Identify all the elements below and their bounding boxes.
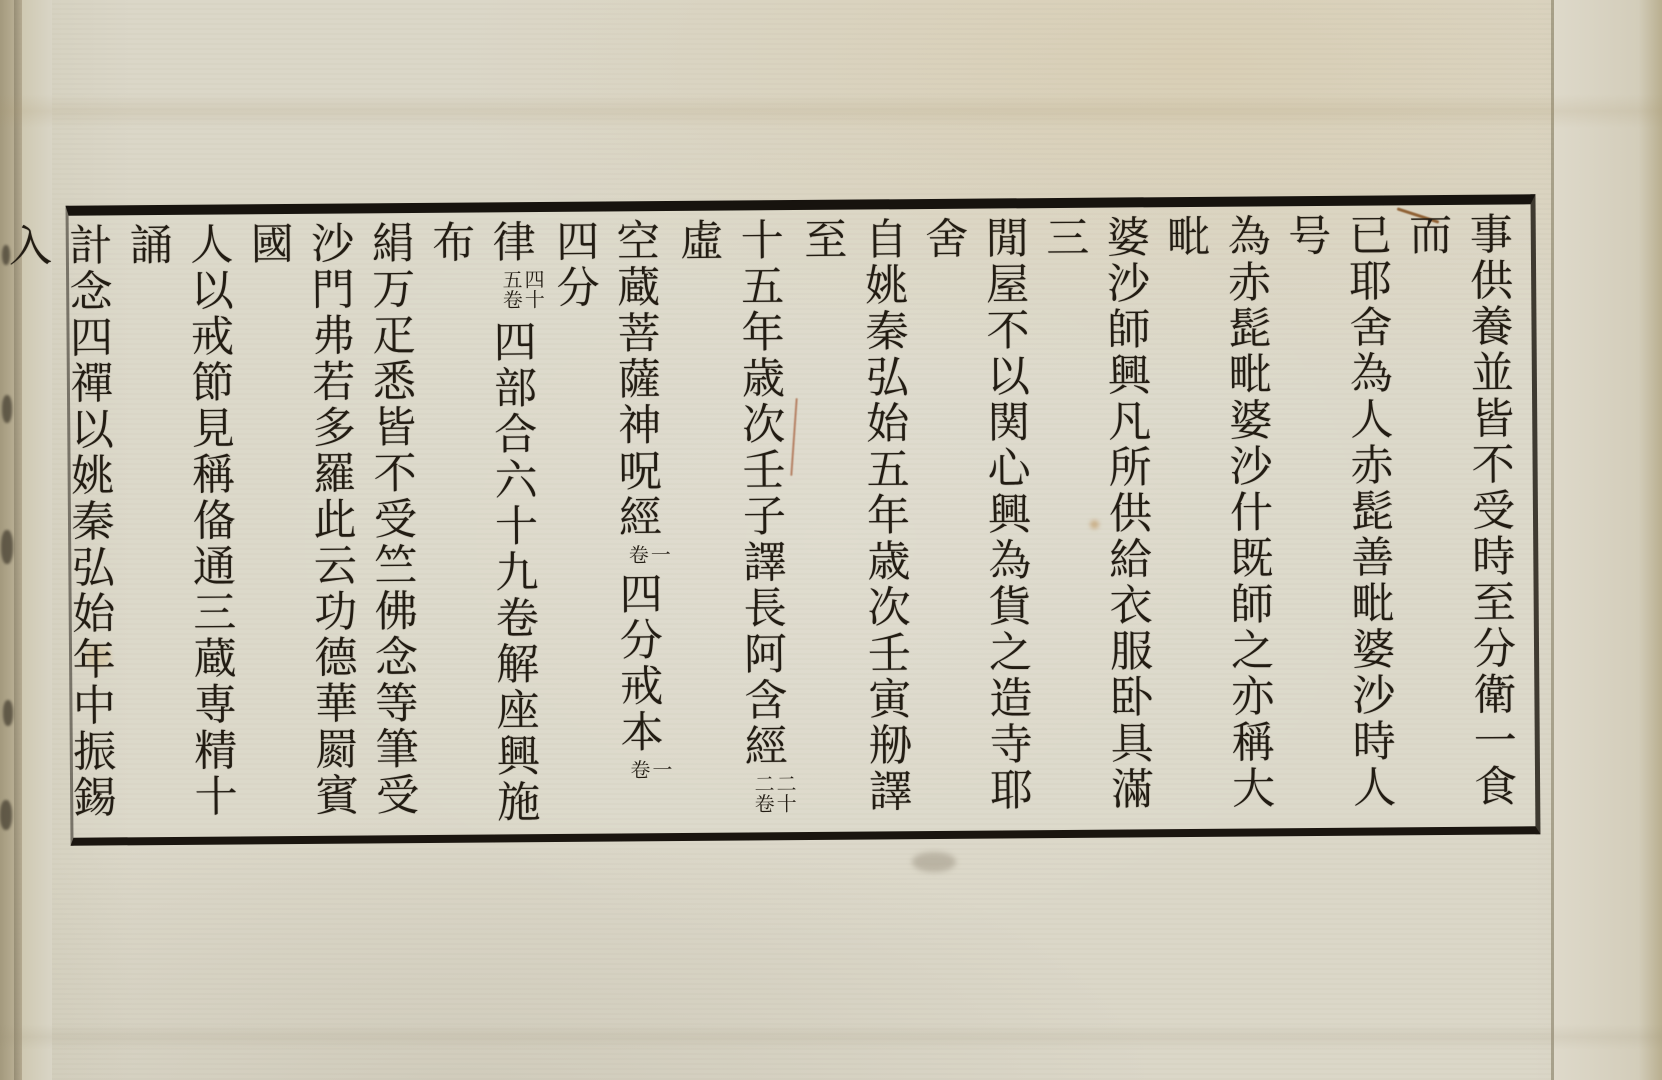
column-text: 虛 [673, 218, 723, 264]
text-column-2: 已耶舍為人赤髭善毗婆沙時人号 [1276, 212, 1402, 823]
column-text: 婆沙師興凡所供給衣服卧具滿三 [1039, 214, 1154, 812]
column-text: 已耶舍為人赤髭善毗婆沙時人号 [1281, 212, 1396, 810]
column-text: 沙門弗若多羅此云功德華罽賓國 [244, 221, 359, 819]
column-text: 律 [486, 219, 536, 265]
text-column-7: 十五年歳次壬子譯長阿含經二十二卷虛 [668, 217, 797, 828]
column-text: 十五年歳次壬子譯長阿含經 [734, 217, 788, 769]
text-column-6: 自姚秦弘始五年歳次壬寅剙譯至 [792, 216, 918, 827]
text-column-8: 空蔵菩薩神呪經一卷四分戒本一卷四分 [544, 218, 673, 829]
column-text: 絹万疋悉皆不受竺佛念等筆受 [365, 220, 420, 818]
text-column-4: 婆沙師興凡所供給衣服卧具滿三 [1034, 214, 1160, 825]
paper-crease [0, 94, 1662, 128]
column-text: 事供養並皆不受時至分衛一食而 [1402, 211, 1517, 809]
ink-smudge [912, 852, 956, 872]
text-block-frame: 事供養並皆不受時至分衛一食而 已耶舍為人赤髭善毗婆沙時人号 為赤髭毗婆沙什既師之… [66, 194, 1541, 846]
fascicle-count-note: 一卷 [626, 544, 670, 567]
column-text: 自姚秦弘始五年歳次壬寅剙譯至 [797, 216, 912, 814]
fascicle-count-note: 二十二卷 [752, 773, 796, 819]
text-column-5: 閒屋不以関心興為貨之造寺耶舍 [913, 215, 1039, 826]
text-column-9: 律四十五卷四部合六十九卷解座興施布 [420, 219, 549, 830]
fascicle-count-note: 一卷 [628, 759, 672, 782]
text-column-11: 沙門弗若多羅此云功德華罽賓國 [238, 220, 364, 831]
scanned-page: 事供養並皆不受時至分衛一食而 已耶舍為人赤髭善毗婆沙時人号 為赤髭毗婆沙什既師之… [0, 0, 1662, 1080]
column-text: 人以戒節見稱俻通三蔵専精十誦 [123, 221, 238, 819]
column-text: 為赤髭毗婆沙什既師之亦稱大毗 [1160, 213, 1275, 811]
text-column-10: 絹万疋悉皆不受竺佛念等筆受 [359, 220, 424, 830]
text-column-1: 事供養並皆不受時至分衛一食而 [1397, 211, 1523, 822]
column-text: 閒屋不以関心興為貨之造寺耶舍 [918, 215, 1033, 813]
column-text: 計念四禪以姚秦弘始年中振錫入 [2, 222, 117, 820]
column-text: 四分戒本 [612, 571, 663, 755]
fascicle-count-note: 四十五卷 [500, 269, 544, 315]
text-column-13: 計念四禪以姚秦弘始年中振錫入 [0, 222, 122, 833]
right-paper-margin [1554, 0, 1662, 1080]
text-columns: 事供養並皆不受時至分衛一食而 已耶舍為人赤髭善毗婆沙時人号 為赤髭毗婆沙什既師之… [79, 211, 1523, 832]
column-text: 空蔵菩薩神呪經 [610, 218, 663, 540]
text-column-12: 人以戒節見稱俻通三蔵専精十誦 [117, 221, 243, 832]
paper-crease [0, 1024, 1662, 1050]
column-text: 四分 [549, 219, 600, 311]
text-column-3: 為赤髭毗婆沙什既師之亦稱大毗 [1155, 213, 1281, 824]
